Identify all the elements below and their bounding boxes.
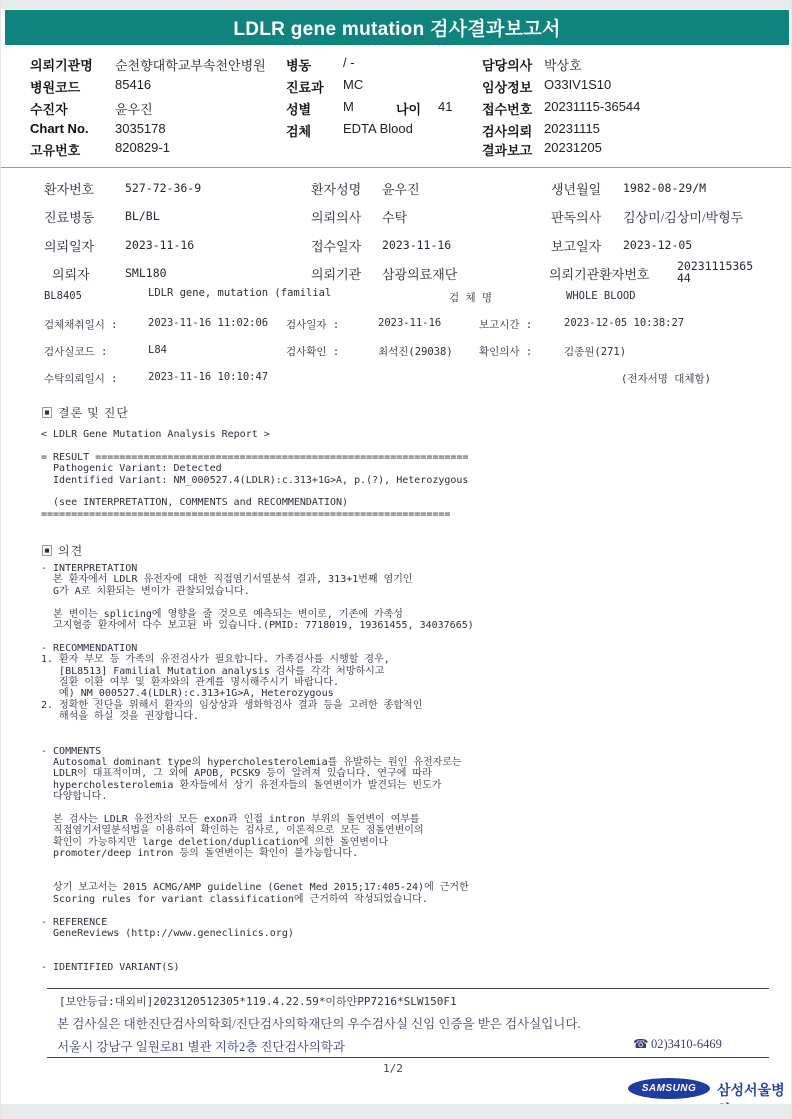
requester-value: SML180 — [125, 266, 167, 280]
field-label-unique-no: 고유번호 — [30, 140, 80, 159]
field-value-ward: / - — [343, 55, 355, 70]
field-label-sex: 성별 — [286, 99, 311, 118]
field-value-specimen: EDTA Blood — [343, 121, 413, 136]
test-row: 수탁의뢰일시 : 2023-11-16 10:10:47 — [44, 371, 268, 386]
request-date-value: 2023-11-16 — [125, 238, 194, 252]
phone-icon: ☎ — [633, 1036, 649, 1052]
page-number: 1/2 — [383, 1062, 403, 1075]
referring-doctor-label: 의뢰의사 — [311, 207, 361, 226]
reading-doctor-value: 김상미/김상미/박형두 — [623, 207, 743, 226]
field-value-test-request-date: 20231115 — [544, 121, 600, 136]
field-label-result-report-date: 결과보고 — [482, 140, 532, 159]
phone-number: 02)3410-6469 — [651, 1037, 722, 1052]
referring-doctor-value: 수탁 — [382, 207, 407, 226]
footer-divider-bottom — [47, 1057, 769, 1058]
field-value-receipt-no: 20231115-36544 — [544, 99, 640, 114]
address-text: 서울시 강남구 일원로81 별관 지하2층 진단검사의학과 — [57, 1037, 345, 1055]
conclusion-body: < LDLR Gene Mutation Analysis Report > =… — [41, 429, 468, 520]
esign-note: (전자서명 대체함) — [621, 371, 711, 386]
field-label-ward: 병동 — [286, 55, 311, 74]
certification-text: 본 검사실은 대한진단검사의학회/진단검사의학재단의 우수검사실 신임 인증을 … — [57, 1014, 581, 1032]
field-value-sex: M — [343, 99, 354, 114]
test-row: 확인의사 : 김종원(271) — [479, 344, 626, 359]
receipt-date-value: 2023-11-16 — [382, 238, 451, 252]
field-label-chart-no: Chart No. — [30, 121, 89, 136]
test-date-label: 검사일자 : — [286, 317, 378, 332]
field-value-requesting-org: 순천향대학교부속천안병원 — [115, 55, 266, 74]
specimen-name-label: 검 체 명 — [449, 290, 492, 305]
test-row: 검사실코드 : L84 — [44, 344, 167, 359]
consignment-datetime-value: 2023-11-16 10:10:47 — [148, 371, 268, 386]
test-date-value: 2023-11-16 — [378, 317, 441, 332]
consignment-datetime-label: 수탁의뢰일시 : — [44, 371, 148, 386]
section-title-conclusion: ▣ 결론 및 진단 — [41, 404, 129, 421]
test-row: 검사확인 : 최석진(29038) — [286, 344, 453, 359]
request-date-label: 의뢰일자 — [44, 236, 94, 255]
field-label-department: 진료과 — [286, 77, 324, 96]
test-row: 보고시간 : 2023-12-05 10:38:27 — [479, 317, 684, 332]
confirm-doctor-value: 김종원(271) — [564, 344, 626, 359]
report-page: LDLR gene mutation 검사결과보고서 의뢰기관명 순천향대학교부… — [0, 0, 792, 1119]
field-label-specimen: 검체 — [286, 121, 311, 140]
report-time-value: 2023-12-05 10:38:27 — [564, 317, 684, 332]
field-label-test-request-date: 검사의뢰 — [482, 121, 532, 140]
test-confirm-value: 최석진(29038) — [378, 344, 453, 359]
security-line: [보안등급:대외비]2023120512305*119.4.22.59*이하얀P… — [59, 993, 457, 1009]
test-row: 검사일자 : 2023-11-16 — [286, 317, 441, 332]
field-label-hospital-code: 병원코드 — [30, 77, 80, 96]
test-code: BL8405 — [44, 290, 82, 302]
field-value-clinical-info: O33IV1S10 — [544, 77, 611, 92]
care-ward-value: BL/BL — [125, 209, 160, 223]
lab-code-value: L84 — [148, 344, 167, 359]
birthdate-value: 1982-08-29/M — [623, 181, 706, 195]
patient-name-label: 환자성명 — [311, 179, 361, 198]
referring-org-patient-no-value: 2023111536544 — [677, 260, 757, 284]
header-divider — [1, 167, 792, 168]
page-title: LDLR gene mutation 검사결과보고서 — [233, 14, 560, 41]
field-label-examinee: 수진자 — [30, 99, 68, 118]
requester-label: 의뢰자 — [52, 264, 90, 283]
confirm-doctor-label: 확인의사 : — [479, 344, 564, 359]
report-title-bar: LDLR gene mutation 검사결과보고서 — [5, 10, 789, 45]
field-value-attending-doctor: 박상호 — [544, 55, 582, 74]
reading-doctor-label: 판독의사 — [551, 207, 601, 226]
report-time-label: 보고시간 : — [479, 317, 564, 332]
specimen-name-value: WHOLE BLOOD — [566, 290, 636, 302]
referring-org-patient-no-label: 의뢰기관환자번호 — [549, 264, 649, 283]
field-label-clinical-info: 임상정보 — [482, 77, 532, 96]
test-name: LDLR gene, mutation (familial — [148, 287, 331, 299]
field-value-hospital-code: 85416 — [115, 77, 151, 92]
collection-datetime-value: 2023-11-16 11:02:06 — [148, 317, 268, 332]
section-title-opinion: ▣ 의견 — [41, 542, 83, 559]
field-value-result-report-date: 20231205 — [544, 140, 602, 155]
report-date-label: 보고일자 — [551, 236, 601, 255]
field-value-department: MC — [343, 77, 363, 92]
test-confirm-label: 검사확인 : — [286, 344, 378, 359]
field-value-chart-no: 3035178 — [115, 121, 166, 136]
test-row: 검체채취일시 : 2023-11-16 11:02:06 — [44, 317, 268, 332]
referring-org-label: 의뢰기관 — [311, 264, 361, 283]
report-date-value: 2023-12-05 — [623, 238, 692, 252]
field-label-age: 나이 — [396, 99, 421, 118]
lab-code-label: 검사실코드 : — [44, 344, 148, 359]
opinion-body: - INTERPRETATION 본 환자에서 LDLR 유전자에 대한 직접염… — [41, 563, 474, 974]
patient-no-label: 환자번호 — [44, 179, 94, 198]
care-ward-label: 진료병동 — [44, 207, 94, 226]
field-label-requesting-org: 의뢰기관명 — [30, 55, 93, 74]
bottom-strip — [1, 1104, 792, 1119]
footer-divider-top — [47, 988, 769, 989]
collection-datetime-label: 검체채취일시 : — [44, 317, 148, 332]
referring-org-value: 삼광의료재단 — [382, 264, 457, 283]
samsung-logo: SAMSUNG — [628, 1078, 710, 1099]
field-value-age: 41 — [438, 99, 452, 114]
field-value-examinee: 윤우진 — [115, 99, 153, 118]
field-label-attending-doctor: 담당의사 — [482, 55, 532, 74]
field-label-receipt-no: 접수번호 — [482, 99, 532, 118]
samsung-logo-text: SAMSUNG — [642, 1083, 697, 1094]
patient-name-value: 윤우진 — [382, 179, 420, 198]
field-value-unique-no: 820829-1 — [115, 140, 170, 155]
birthdate-label: 생년월일 — [551, 179, 601, 198]
patient-no-value: 527-72-36-9 — [125, 181, 201, 195]
top-strip — [1, 0, 792, 9]
receipt-date-label: 접수일자 — [311, 236, 361, 255]
